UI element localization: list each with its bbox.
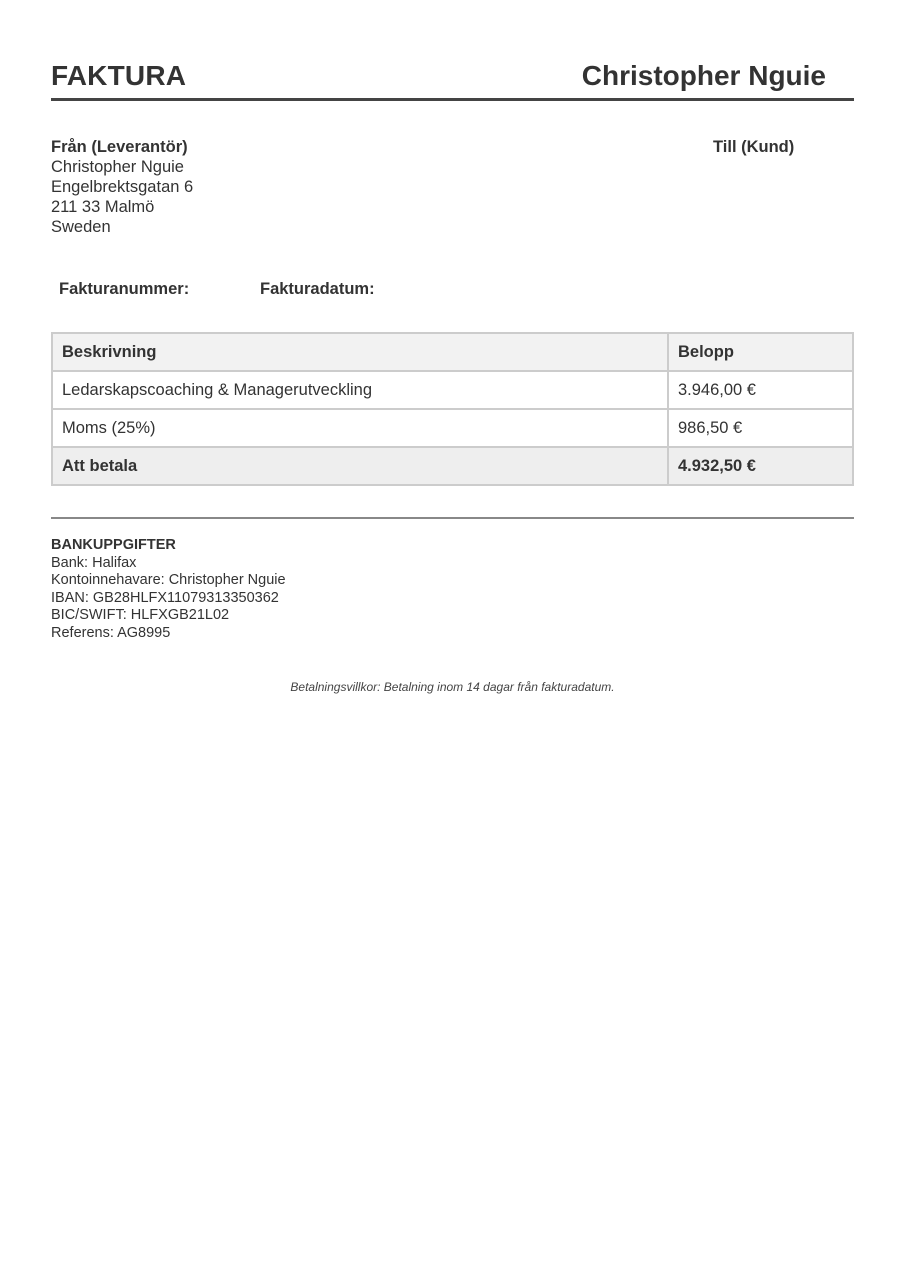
table-row: Moms (25%) 986,50 € [52,409,853,447]
supplier-name: Christopher Nguie [51,157,193,177]
supplier-street: Engelbrektsgatan 6 [51,177,193,197]
bank-details-label: BANKUPPGIFTER [51,537,286,555]
account-holder: Kontoinnehavare: Christopher Nguie [51,572,286,590]
row-description: Ledarskapscoaching & Managerutveckling [52,371,668,409]
row-amount: 986,50 € [668,409,853,447]
invoice-number-label: Fakturanummer: [59,280,189,299]
iban: IBAN: GB28HLFX11079313350362 [51,590,286,608]
total-row: Att betala 4.932,50 € [52,447,853,485]
supplier-label: Från (Leverantör) [51,137,193,157]
total-label: Att betala [52,447,668,485]
bic-swift: BIC/SWIFT: HLFXGB21L02 [51,607,286,625]
section-divider [51,517,854,519]
invoice-header: FAKTURA Christopher Nguie [51,58,854,101]
supplier-block: Från (Leverantör) Christopher Nguie Enge… [51,137,193,237]
payment-reference: Referens: AG8995 [51,625,286,643]
invoice-date-label: Fakturadatum: [260,280,375,299]
payment-terms: Betalningsvillkor: Betalning inom 14 dag… [51,680,854,694]
line-items-table: Beskrivning Belopp Ledarskapscoaching & … [51,332,854,486]
supplier-country: Sweden [51,217,193,237]
seller-name-heading: Christopher Nguie [582,60,826,92]
supplier-city: 211 33 Malmö [51,197,193,217]
column-header-amount: Belopp [668,333,853,371]
column-header-description: Beskrivning [52,333,668,371]
table-header-row: Beskrivning Belopp [52,333,853,371]
invoice-title: FAKTURA [51,60,186,92]
bank-name: Bank: Halifax [51,555,286,573]
row-amount: 3.946,00 € [668,371,853,409]
table-row: Ledarskapscoaching & Managerutveckling 3… [52,371,853,409]
customer-label: Till (Kund) [713,137,794,157]
bank-details: BANKUPPGIFTER Bank: Halifax Kontoinnehav… [51,537,286,642]
total-amount: 4.932,50 € [668,447,853,485]
customer-block: Till (Kund) [713,137,794,157]
row-description: Moms (25%) [52,409,668,447]
